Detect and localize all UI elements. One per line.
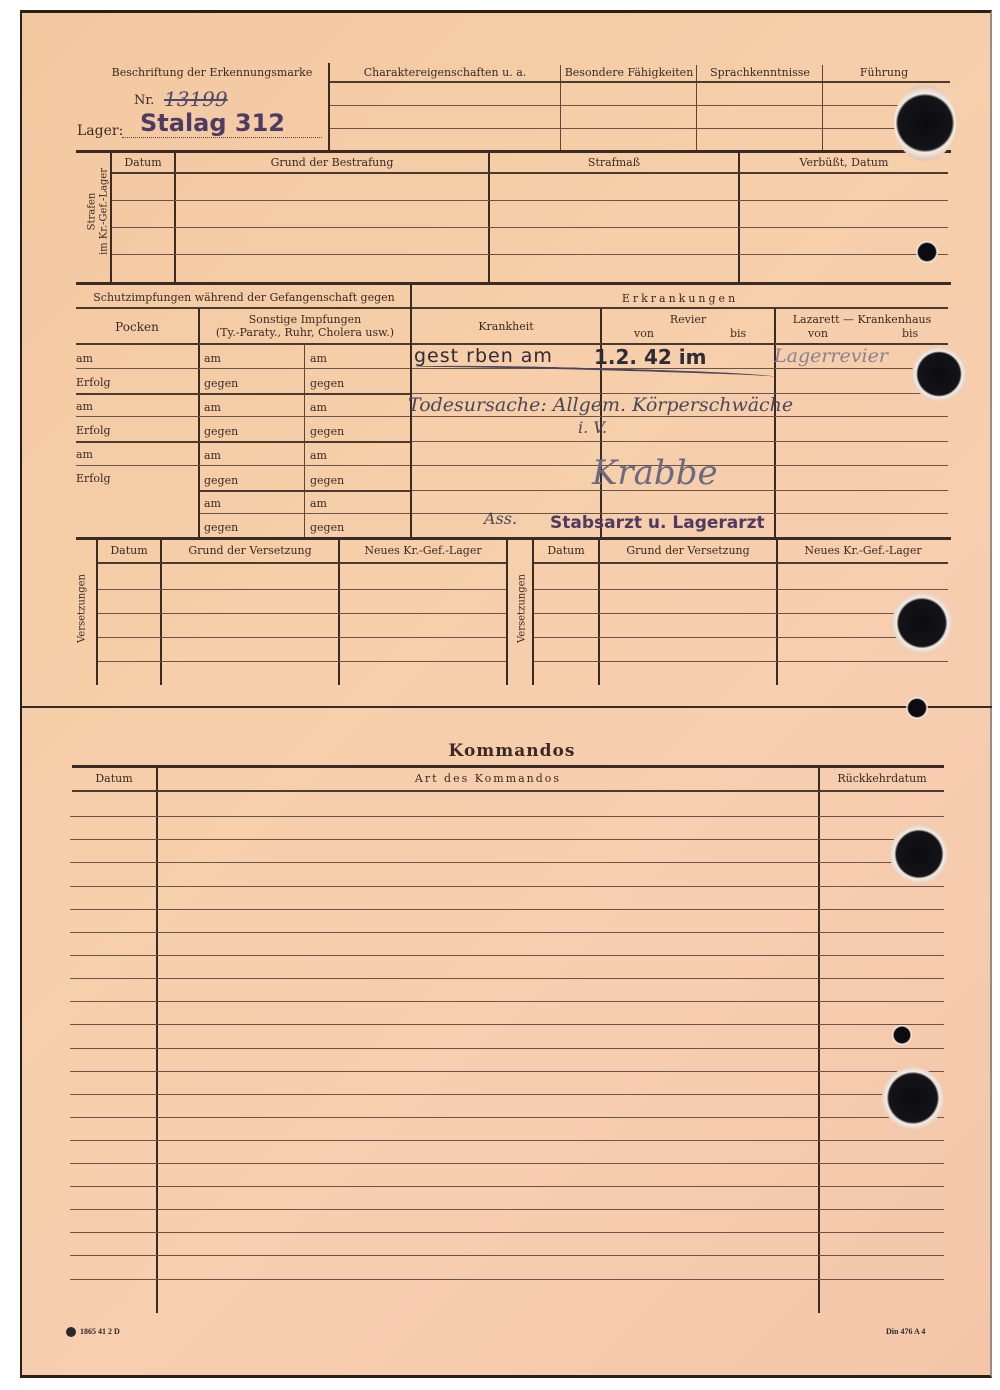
col-fuehrung: Führung [824,66,944,79]
kommando-row-rule [70,932,944,933]
lazarett-bis: bis [902,327,918,340]
death-place: Lagerrevier [774,345,888,367]
cell: am [204,497,221,510]
transfer-col-grund-left: Grund der Versetzung [162,544,338,557]
lager-dotted-line [122,137,322,138]
kommando-row-rule [70,839,944,840]
rule [98,637,506,638]
rule [330,128,950,129]
transfers-side-label-right: Versetzungen [517,569,528,649]
kommando-col-art: Art des Kommandos [158,772,818,785]
rule [72,790,944,792]
rule [98,661,506,662]
transfer-col-grund-right: Grund der Versetzung [600,544,776,557]
kommando-row-rule [70,909,944,910]
death-date: 1.2. 42 im [594,345,706,369]
rule [98,613,506,614]
rule [76,343,410,345]
lager-stamp: Stalag 312 [140,109,285,137]
cell: Erfolg [76,376,111,389]
rule [534,562,948,564]
cell: Erfolg [76,424,111,437]
rule [76,465,410,466]
id-block-title: Beschriftung der Erkennungsmarke [92,66,332,79]
divider [696,65,697,151]
lager-label: Lager: [77,123,123,139]
kommando-col-rueckkehr: Rückkehrdatum [820,772,944,785]
divider [822,65,823,151]
damage-hole-icon [912,347,966,401]
nr-label: Nr. [134,93,154,108]
transfer-col-datum-right: Datum [534,544,598,557]
rule [112,172,948,174]
rule [534,589,948,590]
col-pocken: Pocken [76,320,198,334]
rule [76,307,410,309]
iv-note: i. V. [578,418,607,437]
revier-bis: bis [730,327,746,340]
kommando-row-rule [70,1279,944,1280]
death-stamp-text: gest rben am [414,345,553,367]
cause-of-death: Todesursache: Allgem. Körperschwäche [408,394,793,416]
col-krankheit: Krankheit [412,320,600,333]
col-sonstige-sub: (Ty.-Paraty., Ruhr, Cholera usw.) [200,326,410,339]
cell: am [76,448,93,461]
divider [560,65,561,151]
rule [330,105,950,106]
kommando-row-rule [70,1001,944,1002]
kommando-row-rule [70,816,944,817]
cell: gegen [310,425,344,438]
rule [534,613,948,614]
cell: am [204,449,221,462]
rule [112,200,948,201]
col-datum: Datum [112,156,174,169]
rule [412,441,948,442]
rule [330,81,950,83]
cell: am [76,400,93,413]
signature-prefix: Ass. [484,509,517,528]
cell: am [204,401,221,414]
doctor-signature: Krabbe [592,453,718,493]
col-sprachen: Sprachkenntnisse [698,66,822,79]
kommando-row-rule [70,1255,944,1256]
fold-line [22,706,992,708]
cell: gegen [310,474,344,487]
punch-hole-icon [916,241,938,263]
col-strafmass: Strafmaß [490,156,738,169]
col-charakter: Charaktereigenschaften u. a. [330,66,560,79]
kommando-row-rule [70,1117,944,1118]
rule [534,661,948,662]
lazarett-von: von [808,327,828,340]
rule [98,562,506,564]
transfer-col-datum-left: Datum [98,544,160,557]
rule [76,368,410,369]
rule [76,393,410,395]
col-sonstige: Sonstige Impfungen [200,313,410,326]
cell: am [76,352,93,365]
print-code: 1865 41 2 D [80,1327,120,1336]
cell: gegen [204,425,238,438]
kommando-row-rule [70,1186,944,1187]
punch-hole-icon [892,1025,912,1045]
cell: Erfolg [76,472,111,485]
penalties-side-label-1: Strafen [87,167,98,257]
kommando-row-rule [70,1048,944,1049]
kommando-row-rule [70,1071,944,1072]
col-faehigkeiten: Besondere Fähigkeiten [562,66,696,79]
kommando-row-rule [70,1024,944,1025]
cell: gegen [204,521,238,534]
illnesses-title: Erkrankungen [412,292,948,305]
cell: am [310,352,327,365]
cell: am [310,401,327,414]
kommando-row-rule [70,886,944,887]
rule [76,150,951,153]
cell: am [204,352,221,365]
cell: am [310,449,327,462]
rule [76,441,410,443]
rule [112,254,948,255]
din-format: Din 476 A 4 [886,1327,925,1336]
rule [72,765,944,768]
kommandos-title: Kommandos [72,741,952,761]
cell: gegen [310,521,344,534]
col-revier: Revier [602,313,774,326]
transfer-col-lager-right: Neues Kr.-Gef.-Lager [778,544,948,557]
damage-hole-icon [890,825,948,883]
printer-mark-icon [66,1327,76,1337]
punch-hole-icon [906,697,928,719]
cell: am [310,497,327,510]
rule [98,589,506,590]
rule [112,227,948,228]
kommando-row-rule [70,1163,944,1164]
doctor-stamp: Stabsarzt u. Lagerarzt [550,513,765,533]
kommando-col-datum: Datum [72,772,156,785]
transfers-side-label-left: Versetzungen [77,569,88,649]
kommando-row-rule [70,1094,944,1095]
rule [534,637,948,638]
cell: gegen [310,377,344,390]
penalties-side-label-2: im Kr.-Gef.-Lager [99,167,110,257]
cell: gegen [204,377,238,390]
kommando-row-rule [70,978,944,979]
rule [200,490,410,492]
rule [412,307,948,309]
nr-value: 13199 [164,87,228,111]
damage-hole-icon [892,593,952,653]
rule [412,416,948,417]
transfer-col-lager-left: Neues Kr.-Gef.-Lager [340,544,506,557]
rule [76,537,951,540]
kommando-row-rule [70,955,944,956]
col-lazarett: Lazarett — Krankenhaus [776,313,948,326]
kommando-row-rule [70,1232,944,1233]
damage-hole-icon [882,1067,944,1129]
kommando-row-rule [70,1140,944,1141]
revier-von: von [634,327,654,340]
cell: gegen [204,474,238,487]
kommando-row-rule [70,1209,944,1210]
rule [200,513,410,514]
rule [76,416,410,417]
kommando-row-rule [70,862,944,863]
rule [76,282,951,285]
vaccinations-title: Schutzimpfungen während der Gefangenscha… [76,291,412,304]
damage-hole-icon [894,85,956,161]
col-grund: Grund der Bestrafung [176,156,488,169]
divider [506,540,508,685]
document-page: Beschriftung der Erkennungsmarke Nr. 131… [20,10,992,1378]
